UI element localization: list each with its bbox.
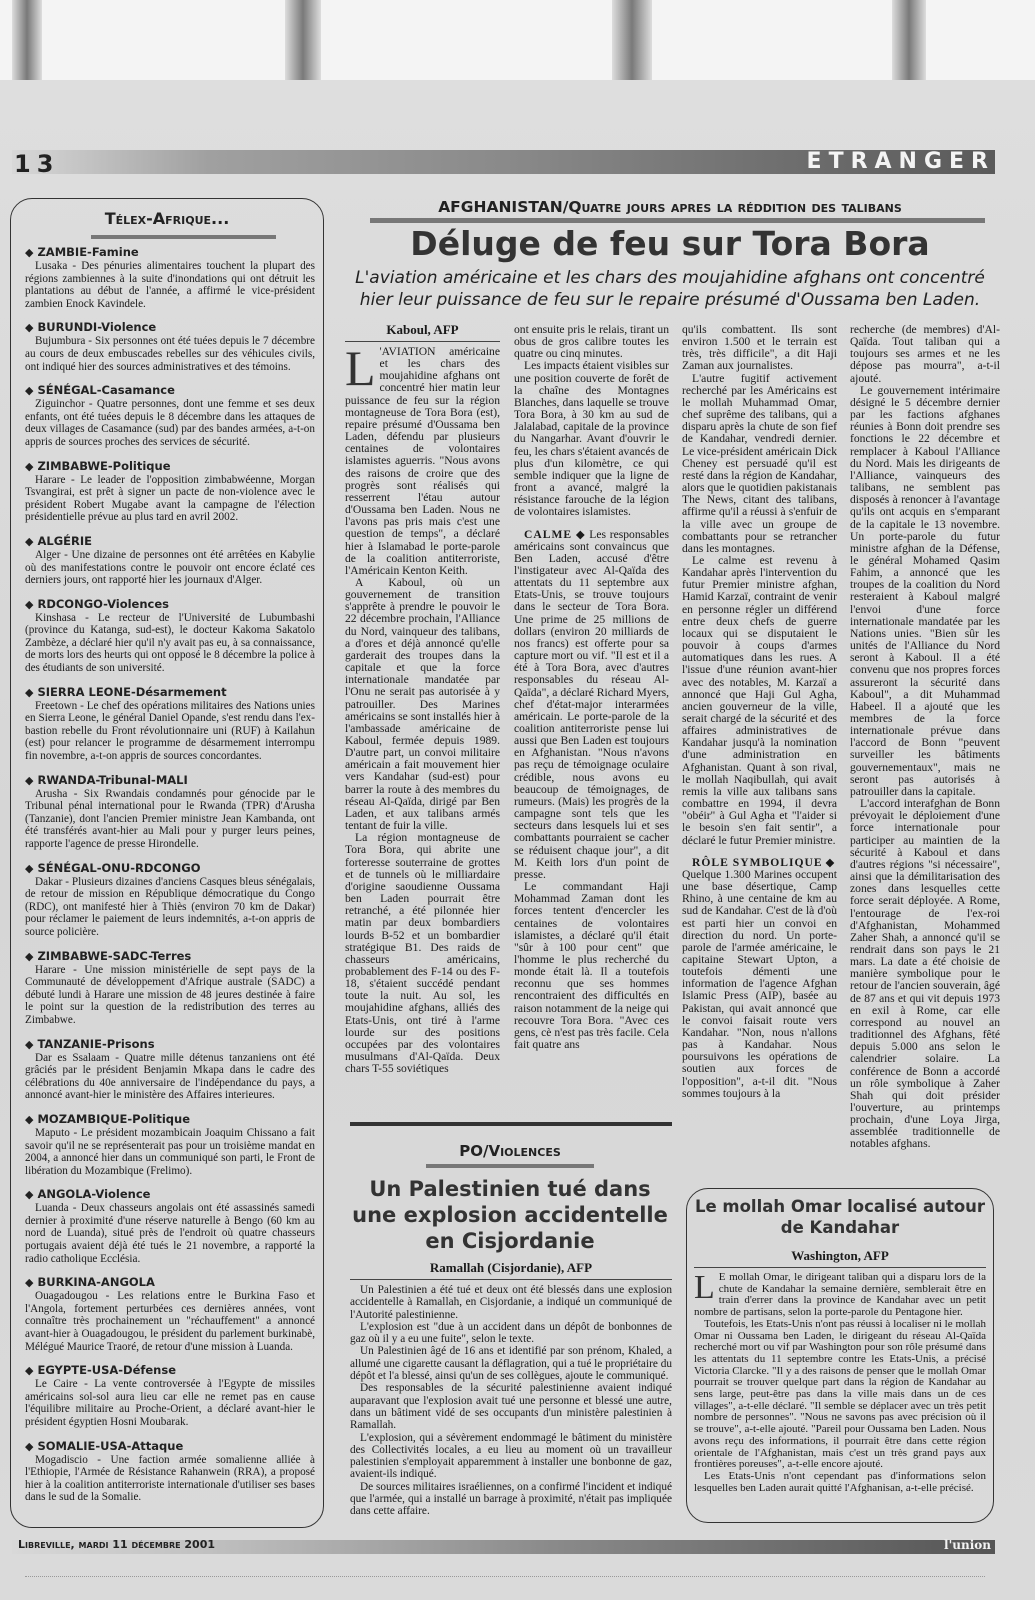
scan-top-margin <box>0 0 1035 80</box>
telex-item: ◆ZIMBABWE-PolitiqueHarare - Le leader de… <box>25 459 315 524</box>
telex-item-title: TANZANIE-Prisons <box>37 1037 154 1051</box>
telex-item-heading: ◆SIERRA LEONE-Désarmement <box>25 685 315 700</box>
telex-item-title: RDCONGO-Violences <box>37 597 169 611</box>
telex-item-heading: ◆EGYPTE-USA-Défense <box>25 1363 315 1378</box>
telex-item-title: BURKINA-ANGOLA <box>37 1275 154 1289</box>
telex-item-heading: ◆TANZANIE-Prisons <box>25 1037 315 1052</box>
page-number: 13 <box>14 150 59 178</box>
diamond-icon: ◆ <box>576 528 586 541</box>
paragraph: E mollah Omar, le dirigeant taliban qui … <box>694 1272 986 1319</box>
telex-item-heading: ◆ZAMBIE-Famine <box>25 245 315 260</box>
telex-item-heading: ◆ALGÉRIE <box>25 534 315 549</box>
article-kicker: AFGHANISTAN/Quatre jours apres la réddit… <box>345 198 995 216</box>
telex-item-body: Dakar - Plusieurs dizaines d'anciens Cas… <box>25 876 315 939</box>
drop-cap: L <box>694 1274 715 1302</box>
telex-item: ◆BURUNDI-ViolenceBujumbura - Six personn… <box>25 320 315 373</box>
diamond-bullet-icon: ◆ <box>25 862 33 875</box>
diamond-bullet-icon: ◆ <box>25 1188 33 1201</box>
telex-item-heading: ◆SOMALIE-USA-Attaque <box>25 1439 315 1454</box>
telex-item: ◆SIERRA LEONE-DésarmementFreetown - Le c… <box>25 685 315 763</box>
paragraph: L'explosion, qui a sévèrement endommagé … <box>350 1432 672 1481</box>
diamond-bullet-icon: ◆ <box>25 1038 33 1051</box>
scan-artifact <box>612 0 652 80</box>
article-deck: L'aviation américaine et les chars des m… <box>345 267 995 311</box>
diamond-bullet-icon: ◆ <box>25 460 33 473</box>
article-column-4: recherche (de membres) d'Al-Qaïda. Tout … <box>850 324 1000 1151</box>
telex-item-title: ALGÉRIE <box>37 534 92 548</box>
telex-item: ◆RWANDA-Tribunal-MALIArusha - Six Rwanda… <box>25 773 315 851</box>
telex-item-heading: ◆RWANDA-Tribunal-MALI <box>25 773 315 788</box>
telex-item-body: Lusaka - Des pénuries alimentaires touch… <box>25 260 315 310</box>
telex-item-title: RWANDA-Tribunal-MALI <box>37 773 187 787</box>
paragraph: Le commandant Haji Mohammad Zaman dont l… <box>514 881 669 1051</box>
diamond-bullet-icon: ◆ <box>25 321 33 334</box>
article2-body: Ramallah (Cisjordanie), AFP Un Palestini… <box>350 1260 672 1518</box>
telex-item-body: Freetown - Le chef des opérations milita… <box>25 700 315 763</box>
paragraph: Le calme est revenu à Kandahar après l'i… <box>682 555 837 847</box>
telex-item-heading: ◆ZIMBABWE-SADC-Terres <box>25 949 315 964</box>
telex-item-title: ANGOLA-Violence <box>37 1187 150 1201</box>
kicker-country: AFGHANISTAN/ <box>438 198 568 216</box>
scan-artifact <box>285 0 321 80</box>
dotted-cut-line <box>25 1576 985 1577</box>
paragraph: L'explosion est "due à un accident dans … <box>350 1321 672 1346</box>
scan-artifact <box>892 0 926 80</box>
telex-item-title: ZAMBIE-Famine <box>37 245 138 259</box>
telex-item: ◆RDCONGO-ViolencesKinshasa - Le recteur … <box>25 597 315 675</box>
article-column-3: qu'ils combattent. Ils sont environ 1.50… <box>682 324 837 1100</box>
telex-item: ◆ALGÉRIEAlger - Une dizaine de personnes… <box>25 534 315 587</box>
omar-dateline: Washington, AFP <box>694 1248 986 1268</box>
diamond-bullet-icon: ◆ <box>25 686 33 699</box>
scan-artifact <box>12 0 42 80</box>
paragraph: L'autre fugitif activement recherché par… <box>682 373 837 555</box>
telex-item: ◆SÉNÉGAL-ONU-RDCONGODakar - Plusieurs di… <box>25 861 315 939</box>
article-divider <box>350 1122 672 1126</box>
telex-item: ◆ZAMBIE-FamineLusaka - Des pénuries alim… <box>25 245 315 310</box>
paragraph: L'accord interafghan de Bonn prévoyait l… <box>850 798 1000 1151</box>
paragraph: Un Palestinien a été tué et deux ont été… <box>350 1284 672 1321</box>
telex-item-title: ZIMBABWE-SADC-Terres <box>37 949 191 963</box>
diamond-bullet-icon: ◆ <box>25 1440 33 1453</box>
paragraph: Quelque 1.300 Marines occupent une base … <box>682 869 837 1100</box>
subhead-calme: CALME <box>524 528 572 541</box>
telex-item: ◆TANZANIE-PrisonsDar es Ssalaam - Quatre… <box>25 1037 315 1102</box>
telex-item-heading: ◆ANGOLA-Violence <box>25 1187 315 1202</box>
telex-item: ◆ANGOLA-ViolenceLuanda - Deux chasseurs … <box>25 1187 315 1265</box>
article2-headline: Un Palestinien tué dans une explosion ac… <box>345 1176 675 1254</box>
diamond-bullet-icon: ◆ <box>25 598 33 611</box>
article-headline: Déluge de feu sur Tora Bora <box>345 222 995 266</box>
article-column-2: ont ensuite pris le relais, tirant un ob… <box>514 324 669 1051</box>
telex-item: ◆ZIMBABWE-SADC-TerresHarare - Une missio… <box>25 949 315 1027</box>
telex-item-body: Ouagadougou - Les relations entre le Bur… <box>25 1290 315 1353</box>
article2-dateline: Ramallah (Cisjordanie), AFP <box>350 1260 672 1280</box>
telex-item-heading: ◆MOZAMBIQUE-Politique <box>25 1112 315 1127</box>
telex-item: ◆SÉNÉGAL-CasamanceZiguinchor - Quatre pe… <box>25 383 315 448</box>
telex-item-body: Luanda - Deux chasseurs angolais ont été… <box>25 1202 315 1265</box>
diamond-bullet-icon: ◆ <box>25 1113 33 1126</box>
telex-item-title: SÉNÉGAL-ONU-RDCONGO <box>37 861 200 875</box>
article-column-1: Kaboul, AFP L 'AVIATION américaine et le… <box>345 322 500 1075</box>
telex-item-body: Arusha - Six Rwandais condamnés pour gén… <box>25 788 315 851</box>
newspaper-brand: l'union <box>944 1538 991 1552</box>
telex-item-heading: ◆SÉNÉGAL-Casamance <box>25 383 315 398</box>
telex-item-title: SOMALIE-USA-Attaque <box>37 1439 183 1453</box>
footer-date: Libreville, mardi 11 décembre 2001 <box>18 1538 215 1551</box>
telex-item: ◆MOZAMBIQUE-PolitiqueMaputo - Le préside… <box>25 1112 315 1177</box>
paragraph: Des responsables de la sécurité palestin… <box>350 1382 672 1431</box>
subhead-role-symbolique: RÔLE SYMBOLIQUE <box>692 856 823 869</box>
paragraph: Les responsables américains sont convain… <box>514 528 669 881</box>
telex-title: Télex-Afrique... <box>11 209 323 228</box>
telex-afrique-box: Télex-Afrique... ◆ZAMBIE-FamineLusaka - … <box>10 198 324 1528</box>
telex-item-title: EGYPTE-USA-Défense <box>37 1363 176 1377</box>
diamond-bullet-icon: ◆ <box>25 1276 33 1289</box>
kicker-topic: Quatre jours apres la réddition des tali… <box>568 198 901 216</box>
diamond-bullet-icon: ◆ <box>25 535 33 548</box>
telex-item-body: Kinshasa - Le recteur de l'Université de… <box>25 612 315 675</box>
paragraph: qu'ils combattent. Ils sont environ 1.50… <box>682 324 837 373</box>
section-name: ETRANGER <box>807 150 995 174</box>
telex-item-heading: ◆ZIMBABWE-Politique <box>25 459 315 474</box>
telex-item-body: Ziguinchor - Quatre personnes, dont une … <box>25 398 315 448</box>
telex-item-title: SÉNÉGAL-Casamance <box>37 383 174 397</box>
diamond-bullet-icon: ◆ <box>25 950 33 963</box>
paragraph: recherche (de membres) d'Al-Qaïda. Tout … <box>850 324 1000 385</box>
paragraph: Les impacts étaient visibles sur une pos… <box>514 360 669 518</box>
telex-item-body: Le Caire - La vente controversée à l'Egy… <box>25 1378 315 1428</box>
telex-item-heading: ◆BURUNDI-Violence <box>25 320 315 335</box>
paragraph: La région montagneuse de Tora Bora, qui … <box>345 832 500 1075</box>
telex-item-heading: ◆SÉNÉGAL-ONU-RDCONGO <box>25 861 315 876</box>
telex-item-body: Harare - Une mission ministérielle de se… <box>25 964 315 1027</box>
paragraph: A Kaboul, où un gouvernement de transiti… <box>345 577 500 832</box>
diamond-icon: ◆ <box>826 856 835 869</box>
diamond-bullet-icon: ◆ <box>25 384 33 397</box>
telex-item: ◆BURKINA-ANGOLAOuagadougou - Les relatio… <box>25 1275 315 1353</box>
telex-item-body: Mogadiscio - Une faction armée somalienn… <box>25 1454 315 1504</box>
telex-item-body: Maputo - Le président mozambicain Joaqui… <box>25 1127 315 1177</box>
telex-item: ◆EGYPTE-USA-DéfenseLe Caire - La vente c… <box>25 1363 315 1428</box>
telex-item-body: Dar es Ssalaam - Quatre mille détenus ta… <box>25 1052 315 1102</box>
paragraph: Le gouvernement intérimaire désigné le 5… <box>850 385 1000 798</box>
paragraph: Un Palestinien âgé de 16 ans et identifi… <box>350 1345 672 1382</box>
paragraph: Les Etats-Unis n'ont cependant pas d'inf… <box>694 1471 986 1494</box>
omar-body: Washington, AFP L E mollah Omar, le diri… <box>694 1248 986 1494</box>
diamond-bullet-icon: ◆ <box>25 1364 33 1377</box>
paragraph: De sources militaires israéliennes, on a… <box>350 1481 672 1518</box>
drop-cap: L <box>345 348 376 388</box>
article-dateline: Kaboul, AFP <box>345 322 500 342</box>
telex-item-title: MOZAMBIQUE-Politique <box>37 1112 190 1126</box>
diamond-bullet-icon: ◆ <box>25 246 33 259</box>
article2-kicker: PO/Violences <box>345 1142 675 1160</box>
telex-item-body: Alger - Une dizaine de personnes ont été… <box>25 549 315 587</box>
telex-item-heading: ◆BURKINA-ANGOLA <box>25 1275 315 1290</box>
omar-headline: Le mollah Omar localisé autour de Kandah… <box>686 1196 994 1238</box>
telex-item-body: Bujumbura - Six personnes ont été tuées … <box>25 335 315 373</box>
telex-item-title: SIERRA LEONE-Désarmement <box>37 685 226 699</box>
telex-item-title: BURUNDI-Violence <box>37 320 156 334</box>
telex-item-body: Harare - Le leader de l'opposition zimba… <box>25 474 315 524</box>
telex-item: ◆SOMALIE-USA-AttaqueMogadiscio - Une fac… <box>25 1439 315 1504</box>
diamond-bullet-icon: ◆ <box>25 774 33 787</box>
title-underline <box>91 235 276 239</box>
kicker2-underline <box>426 1164 594 1168</box>
paragraph: ont ensuite pris le relais, tirant un ob… <box>514 324 669 360</box>
telex-item-title: ZIMBABWE-Politique <box>37 459 170 473</box>
telex-list: ◆ZAMBIE-FamineLusaka - Des pénuries alim… <box>25 245 315 1514</box>
telex-item-heading: ◆RDCONGO-Violences <box>25 597 315 612</box>
paragraph: Toutefois, les Etats-Unis n'ont pas réus… <box>694 1319 986 1471</box>
